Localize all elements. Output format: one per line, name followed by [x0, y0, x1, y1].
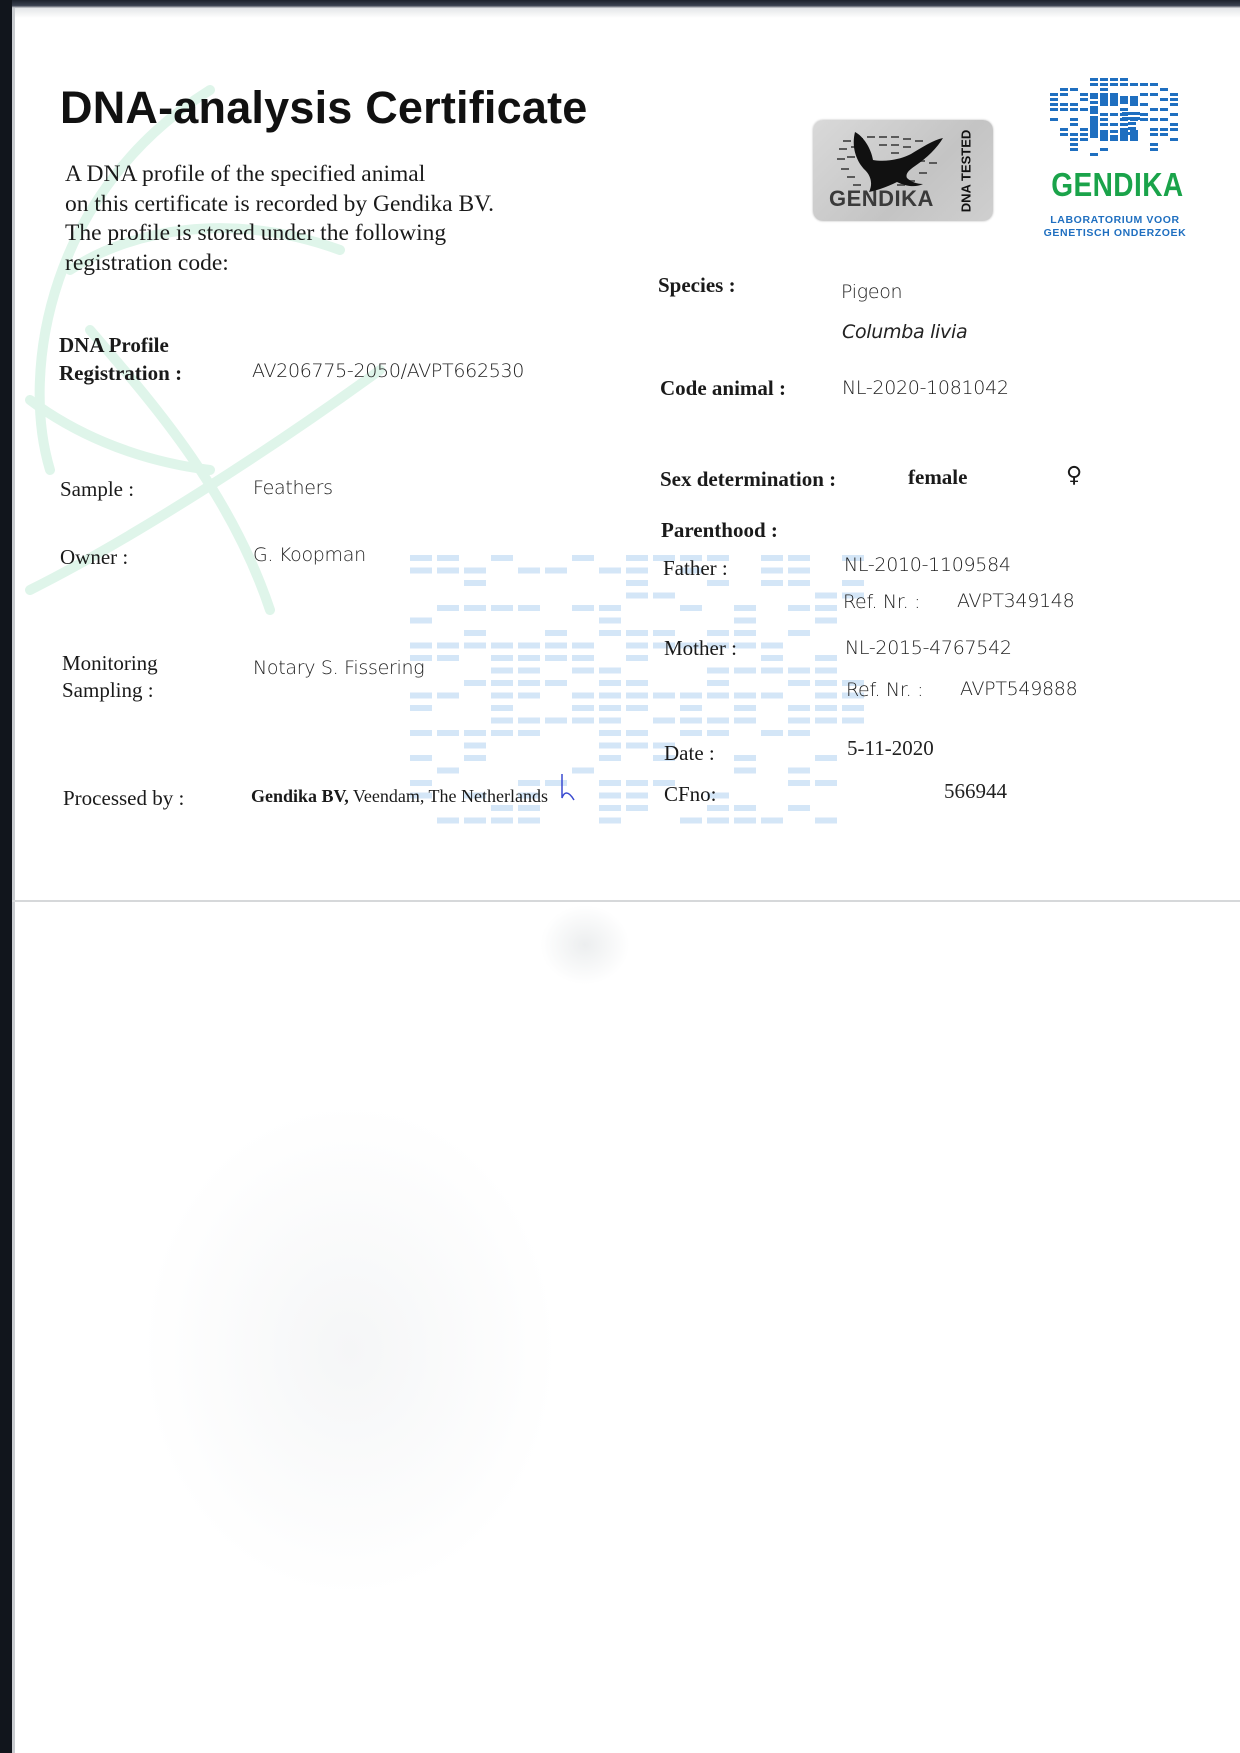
- card-bottom-edge: [12, 900, 1240, 902]
- code-animal-value: NL-2020-1081042: [842, 377, 1009, 399]
- intro-line: A DNA profile of the specified animal: [65, 160, 494, 190]
- father-label: Father :: [663, 556, 728, 581]
- father-value: NL-2010-1109584: [844, 554, 1011, 576]
- sample-value: Feathers: [253, 477, 333, 499]
- intro-line: The profile is stored under the followin…: [65, 219, 494, 249]
- date-label: Date :: [664, 741, 715, 766]
- processed-by-label: Processed by :: [63, 786, 184, 811]
- registration-label-2: Registration :: [59, 361, 182, 386]
- monitoring-value: Notary S. Fissering: [253, 657, 424, 679]
- dna-bands-watermark-icon: [410, 555, 870, 825]
- scan-left-edge: [0, 0, 12, 1753]
- mother-ref-value: AVPT549888: [960, 678, 1077, 700]
- female-symbol-icon: ♀: [1066, 463, 1082, 488]
- species-label: Species :: [658, 273, 736, 298]
- cfno-label: CFno:: [664, 782, 717, 807]
- father-ref-label: Ref. Nr. :: [843, 591, 920, 613]
- gendika-logo: GENDIKA LABORATORIUM VOOR GENETISCH ONDE…: [1040, 78, 1190, 248]
- sex-value: female: [908, 465, 967, 490]
- mother-ref-label: Ref. Nr. :: [846, 679, 923, 701]
- species-common-name: Pigeon: [841, 281, 902, 303]
- dna-g-logo-icon: [1050, 78, 1180, 158]
- scan-top-edge: [0, 0, 1240, 8]
- registration-value: AV206775-2050/AVPT662530: [252, 360, 524, 382]
- scan-shadow: [140, 1100, 560, 1600]
- page-title: DNA-analysis Certificate: [60, 82, 588, 134]
- parenthood-label: Parenthood :: [661, 518, 778, 543]
- processed-by-value: Gendika BV, Veendam, The Netherlands: [251, 786, 548, 807]
- mother-label: Mother :: [664, 636, 737, 661]
- code-animal-label: Code animal :: [660, 376, 786, 401]
- scan-left-edge-highlight: [12, 8, 15, 1753]
- species-latin-name: Columba livia: [842, 321, 967, 343]
- registration-label: DNA Profile: [59, 333, 169, 358]
- badge-tag: DNA TESTED: [951, 128, 981, 214]
- owner-value: G. Koopman: [253, 544, 366, 566]
- signature-mark-icon: [560, 772, 576, 802]
- logo-subtitle: LABORATORIUM VOOR GENETISCH ONDERZOEK: [1030, 214, 1200, 240]
- monitoring-label: Monitoring: [62, 651, 158, 676]
- intro-text: A DNA profile of the specified animal on…: [65, 160, 494, 278]
- intro-line: on this certificate is recorded by Gendi…: [65, 190, 494, 220]
- owner-label: Owner :: [60, 545, 128, 570]
- mother-value: NL-2015-4767542: [845, 637, 1012, 659]
- date-value: 5-11-2020: [847, 736, 934, 761]
- father-ref-value: AVPT349148: [957, 590, 1074, 612]
- logo-wordmark: GENDIKA: [1051, 166, 1179, 204]
- dna-tested-badge: GENDIKA DNA TESTED: [813, 120, 993, 221]
- cfno-value: 566944: [944, 779, 1007, 804]
- monitoring-label-2: Sampling :: [62, 678, 154, 703]
- badge-brand: GENDIKA: [829, 186, 934, 212]
- sample-label: Sample :: [60, 477, 134, 502]
- sex-label: Sex determination :: [660, 467, 836, 492]
- scan-smudge: [540, 905, 630, 985]
- intro-line: registration code:: [65, 249, 494, 279]
- scan-top-shadow: [12, 8, 1240, 18]
